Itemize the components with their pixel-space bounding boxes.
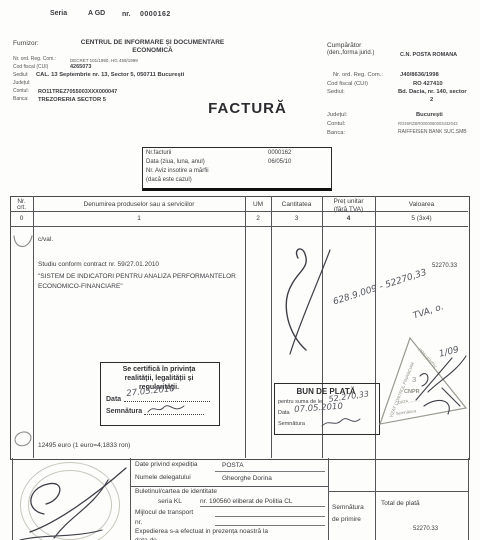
supplier-cui-value: 4265073	[70, 64, 91, 70]
buyer-sediu-value1: Bd. Dacia, nr. 140, sector	[398, 89, 467, 96]
shipping-exped-line1: Expedierea s-a efectuat in prezența noas…	[135, 528, 268, 535]
buyer-reg-value: J40/8636/1998	[400, 72, 439, 79]
row-desc-line3: ECONOMICO-FINANCIARE"	[38, 283, 123, 290]
bun-semn-label: Semnătura	[278, 421, 305, 427]
receive-semn-label1: Semnătura	[332, 504, 364, 511]
shipping-delegate-value: Gheorghe Dorina	[222, 475, 272, 482]
th-um: UM	[246, 201, 270, 208]
table-col-line-2	[245, 196, 246, 458]
col-num-5: 5 (3x4)	[376, 215, 467, 222]
invoicebox-nr-value: 0000162	[268, 150, 291, 157]
supplier-name-line2: ECONOMICĂ	[70, 47, 235, 54]
buyer-judet-value: București	[416, 112, 443, 119]
th-cantitatea: Cantitatea	[272, 201, 321, 208]
invoicebox-date-value: 06/05/10	[268, 159, 291, 166]
bottom-row-line-2	[328, 491, 468, 492]
certify-line1: Se certifică în privința	[101, 366, 217, 374]
row-desc-line2: "SISTEM DE INDICATORI PENTRU ANALIZA PER…	[38, 273, 236, 280]
invoicebox-aviz-label: Nr. Aviz insotire a mărfii	[146, 168, 209, 175]
seria-value: A GD	[88, 10, 105, 18]
supplier-sediu-value: CAL. 13 Septembrie nr. 13, Sector 5, 050…	[36, 72, 184, 79]
supplier-banca-label: Banca:	[13, 97, 29, 103]
shipping-exp-value: POSTA	[222, 462, 244, 469]
shipping-id-nr: nr. 190560 eliberat de Politia CL	[200, 498, 293, 505]
document-title: FACTURĂ	[200, 100, 295, 117]
buyer-name: C.N. POSTA ROMANA	[400, 52, 457, 58]
triangle-semn-label: Semnătura	[395, 408, 417, 416]
supplier-judet-label: Județul:	[13, 81, 31, 87]
invoicebox-aviz-note: (dacă este cazul)	[146, 177, 192, 184]
buyer-label2: (den.,forma jurid.)	[327, 50, 374, 57]
bottom-col-line-3	[375, 458, 376, 540]
shipping-id-underline	[200, 506, 325, 507]
table-header-line-2	[10, 226, 468, 227]
buyer-cui-label: Cod fiscal (CUI)	[327, 81, 368, 88]
shipping-transport-underline	[215, 516, 325, 517]
col-num-0: 0	[11, 215, 32, 222]
buyer-cont-value: RO46RZBR0000060003432043	[398, 122, 458, 127]
handwritten-check-mark-2	[10, 428, 36, 452]
buyer-cui-value: RO 427410	[413, 81, 443, 88]
th-denumire: Denumirea produselor sau a serviciilor	[34, 201, 244, 208]
bottom-row-line-1	[130, 486, 328, 487]
shipping-id-label: Buletinul/cartea de identitate	[135, 488, 217, 495]
shipping-exp-label: Date privind expediția	[135, 461, 198, 468]
supplier-banca-value: TREZORERIA SECTOR 5	[38, 97, 106, 104]
seria-label: Seria	[50, 10, 67, 18]
col-num-2: 2	[246, 215, 270, 222]
invoice-nr-value: 0000162	[140, 11, 171, 19]
bun-signature	[320, 414, 362, 430]
col-num-4: 4	[323, 215, 374, 222]
row-value: 52270.33	[432, 263, 457, 270]
th-pret-unitar: Preț unitar	[323, 198, 374, 205]
buyer-reg-label: Nr. ord. Reg. Com.:	[333, 72, 383, 79]
signature-bottom-left	[12, 452, 138, 540]
bottom-col-line-2	[328, 458, 329, 540]
invoicebox-nr-label: Nr.facturii	[146, 150, 171, 157]
table-header-line-1	[10, 211, 468, 212]
shipping-exp-underline	[215, 471, 325, 472]
supplier-label: Furnizor:	[13, 40, 39, 47]
buyer-cont-label: Contul:	[327, 121, 345, 128]
invoicebox-date-label: Data (ziua, luna, anul)	[146, 159, 205, 166]
th-crt: crt.	[11, 204, 32, 211]
buyer-label: Cumpărător	[327, 42, 361, 49]
certify-semn-label: Semnătura	[106, 408, 142, 416]
th-pret-tva: (fără TVA)	[323, 206, 374, 213]
shipping-delegate-label: Numele delegatului	[135, 474, 191, 481]
buyer-judet-label: Județul:	[327, 112, 347, 119]
col-num-3: 3	[272, 215, 321, 222]
total-value: 52270.33	[413, 526, 438, 533]
bottom-right-border	[468, 458, 469, 540]
buyer-banca-value: RAIFFEISEN BANK SUC.SMB	[398, 130, 467, 136]
receive-semn-label2: de primire	[332, 516, 361, 523]
euro-note: 12495 euro (1 euro=4,1833 ron)	[38, 442, 130, 449]
triangle-side2-text: PREVENTIV	[417, 347, 437, 369]
col-num-1: 1	[34, 215, 244, 222]
triangle-org: CNPR	[404, 389, 420, 395]
shipping-nr-underline	[215, 525, 325, 526]
supplier-cont-label: Contul:	[13, 89, 29, 95]
bun-data-label: Data	[278, 410, 290, 416]
shipping-id-seria: seria KL	[158, 498, 182, 505]
total-label: Total de plată	[381, 500, 420, 507]
supplier-reg-label: Nr. ord. Reg. Com.:	[13, 57, 56, 63]
supplier-cont-value: RO11TREZ7055003XXX000047	[38, 89, 117, 95]
buyer-sediu-label: Sediul:	[327, 89, 345, 96]
certify-line2: realității, legalității și	[101, 375, 217, 383]
triangle-signature	[416, 356, 466, 414]
th-valoarea: Valoarea	[376, 201, 467, 208]
supplier-cui-label: Cod fiscal (CUI)	[13, 65, 48, 71]
row-desc-line1: Studiu conform contract nr. 59/27.01.201…	[38, 261, 159, 268]
supplier-reg-value: DECRET 101/1990, HG 459/1999	[70, 58, 138, 63]
row-cval: c/val.	[38, 236, 53, 243]
handwritten-check-mark-1	[11, 232, 35, 260]
invoice-nr-label: nr.	[122, 11, 131, 19]
supplier-name-line1: CENTRUL DE INFORMARE ȘI DOCUMENTARE	[70, 39, 235, 46]
shipping-transport-label: Mijlocul de transport	[135, 509, 193, 516]
certify-signature	[146, 402, 186, 416]
certify-data-label: Data	[106, 396, 121, 404]
supplier-sediu-label: Sediul:	[13, 73, 28, 79]
buyer-banca-label: Banca:	[327, 130, 345, 137]
triangle-number: 3	[412, 375, 416, 384]
invoice-document: Seria A GD nr. 0000162 Furnizor: CENTRUL…	[0, 0, 480, 540]
buyer-sediu-value2: 2	[430, 97, 433, 104]
